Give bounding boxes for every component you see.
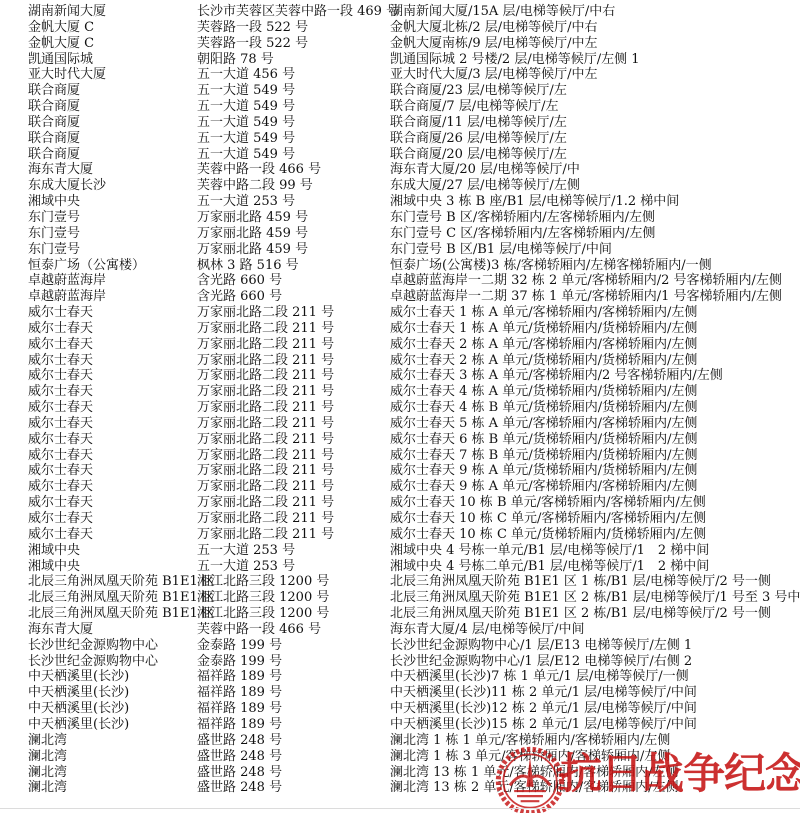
building-table: 湖南新闻大厦长沙市芙蓉区芙蓉中路一段 469 号湖南新闻大厦/15A 层/电梯等… [0,4,800,796]
location-detail-cell: 威尔士春天 9 栋 A 单元/货梯轿厢内/货梯轿厢内/左侧 [390,463,800,479]
table-row: 海东青大厦芙蓉中路一段 466 号海东青大厦/4 层/电梯等候厅/中间 [0,622,800,638]
table-row: 湘域中央五一大道 253 号湘域中央 3 栋 B 座/B1 层/电梯等候厅/1.… [0,194,800,210]
address-cell: 福祥路 189 号 [197,717,390,733]
building-name-cell: 长沙世纪金源购物中心 [28,638,197,654]
building-name-cell: 联合商厦 [28,115,197,131]
location-detail-cell: 长沙世纪金源购物中心/1 层/E12 电梯等候厅/右侧 2 [390,654,800,670]
table-row: 澜北湾盛世路 248 号澜北湾 1 栋 1 单元/客梯轿厢内/客梯轿厢内/左侧 [0,733,800,749]
table-row: 联合商厦五一大道 549 号联合商厦/26 层/电梯等候厅/左 [0,131,800,147]
location-detail-cell: 东门壹号 B 区/B1 层/电梯等候厅/中间 [390,242,800,258]
address-cell: 五一大道 253 号 [197,543,390,559]
address-cell: 万家丽北路二段 211 号 [197,495,390,511]
address-cell: 万家丽北路二段 211 号 [197,400,390,416]
building-name-cell: 威尔士春天 [28,432,197,448]
location-detail-cell: 威尔士春天 1 栋 A 单元/客梯轿厢内/客梯轿厢内/左侧 [390,305,800,321]
building-name-cell: 湖南新闻大厦 [28,4,197,20]
address-cell: 万家丽北路二段 211 号 [197,479,390,495]
location-detail-cell: 联合商厦/7 层/电梯等候厅/左 [390,99,800,115]
building-name-cell: 威尔士春天 [28,448,197,464]
address-cell: 五一大道 456 号 [197,67,390,83]
address-cell: 芙蓉中路一段 466 号 [197,622,390,638]
building-name-cell: 威尔士春天 [28,384,197,400]
location-detail-cell: 北辰三角洲凤凰天阶苑 B1E1 区 2 栋/B1 层/电梯等候厅/1 号至 3 … [390,590,800,606]
location-detail-cell: 湘域中央 4 号栋二单元/B1 层/电梯等候厅/1 2 梯中间 [390,559,800,575]
table-row: 金帆大厦 C芙蓉路一段 522 号金帆大厦南栋/9 层/电梯等候厅/中左 [0,36,800,52]
address-cell: 盛世路 248 号 [197,780,390,796]
table-row: 威尔士春天万家丽北路二段 211 号威尔士春天 10 栋 B 单元/客梯轿厢内/… [0,495,800,511]
location-detail-cell: 金帆大厦北栋/2 层/电梯等候厅/中右 [390,20,800,36]
table-row: 长沙世纪金源购物中心金泰路 199 号长沙世纪金源购物中心/1 层/E12 电梯… [0,654,800,670]
building-name-cell: 卓越蔚蓝海岸 [28,273,197,289]
building-name-cell: 威尔士春天 [28,527,197,543]
building-name-cell: 联合商厦 [28,83,197,99]
table-row: 威尔士春天万家丽北路二段 211 号威尔士春天 7 栋 B 单元/货梯轿厢内/货… [0,448,800,464]
bottom-divider [0,808,800,809]
table-row: 东门壹号万家丽北路 459 号东门壹号 B 区/客梯轿厢内/左客梯轿厢内/左侧 [0,210,800,226]
building-name-cell: 威尔士春天 [28,511,197,527]
location-detail-cell: 中天栖溪里(长沙)11 栋 2 单元/1 层/电梯等候厅/中间 [390,685,800,701]
location-detail-cell: 威尔士春天 10 栋 B 单元/客梯轿厢内/客梯轿厢内/左侧 [390,495,800,511]
table-row: 中天栖溪里(长沙)福祥路 189 号中天栖溪里(长沙)7 栋 1 单元/1 层/… [0,669,800,685]
address-cell: 盛世路 248 号 [197,733,390,749]
table-row: 联合商厦五一大道 549 号联合商厦/11 层/电梯等候厅/左 [0,115,800,131]
building-name-cell: 威尔士春天 [28,463,197,479]
address-cell: 金泰路 199 号 [197,654,390,670]
table-row: 威尔士春天万家丽北路二段 211 号威尔士春天 1 栋 A 单元/客梯轿厢内/客… [0,305,800,321]
address-cell: 万家丽北路二段 211 号 [197,511,390,527]
address-cell: 五一大道 549 号 [197,115,390,131]
building-name-cell: 威尔士春天 [28,321,197,337]
address-cell: 五一大道 253 号 [197,559,390,575]
table-row: 北辰三角洲凤凰天阶苑 B1E1 区湘江北路三段 1200 号北辰三角洲凤凰天阶苑… [0,574,800,590]
address-cell: 万家丽北路 459 号 [197,242,390,258]
location-detail-cell: 威尔士春天 3 栋 A 单元/客梯轿厢内/2 号客梯轿厢内/左侧 [390,368,800,384]
location-detail-cell: 湘域中央 3 栋 B 座/B1 层/电梯等候厅/1.2 梯中间 [390,194,800,210]
table-row: 中天栖溪里(长沙)福祥路 189 号中天栖溪里(长沙)12 栋 2 单元/1 层… [0,701,800,717]
building-name-cell: 威尔士春天 [28,337,197,353]
address-cell: 朝阳路 78 号 [197,52,390,68]
building-name-cell: 威尔士春天 [28,416,197,432]
location-detail-cell: 威尔士春天 1 栋 A 单元/货梯轿厢内/货梯轿厢内/左侧 [390,321,800,337]
building-name-cell: 海东青大厦 [28,622,197,638]
address-cell: 万家丽北路二段 211 号 [197,384,390,400]
address-cell: 金泰路 199 号 [197,638,390,654]
location-detail-cell: 湖南新闻大厦/15A 层/电梯等候厅/中右 [390,4,800,20]
building-name-cell: 澜北湾 [28,765,197,781]
table-row: 湘域中央五一大道 253 号湘域中央 4 号栋二单元/B1 层/电梯等候厅/1 … [0,559,800,575]
table-row: 凯通国际城朝阳路 78 号凯通国际城 2 号楼/2 层/电梯等候厅/左侧 1 [0,52,800,68]
address-cell: 湘江北路三段 1200 号 [197,574,390,590]
location-detail-cell: 北辰三角洲凤凰天阶苑 B1E1 区 2 栋/B1 层/电梯等候厅/2 号一侧 [390,606,800,622]
address-cell: 枫林 3 路 516 号 [197,258,390,274]
address-cell: 万家丽北路 459 号 [197,226,390,242]
location-detail-cell: 澜北湾 1 栋 1 单元/客梯轿厢内/客梯轿厢内/左侧 [390,733,800,749]
building-name-cell: 湘域中央 [28,543,197,559]
table-row: 东成大厦长沙芙蓉中路二段 99 号东成大厦/27 层/电梯等候厅/左侧 [0,178,800,194]
address-cell: 五一大道 549 号 [197,99,390,115]
location-detail-cell: 亚大时代大厦/3 层/电梯等候厅/中左 [390,67,800,83]
table-row: 恒泰广场（公寓楼）枫林 3 路 516 号恒泰广场(公寓楼)3 栋/客梯轿厢内/… [0,258,800,274]
table-row: 湘域中央五一大道 253 号湘域中央 4 号栋一单元/B1 层/电梯等候厅/1 … [0,543,800,559]
address-cell: 万家丽北路 459 号 [197,210,390,226]
location-detail-cell: 威尔士春天 4 栋 B 单元/货梯轿厢内/货梯轿厢内/左侧 [390,400,800,416]
location-detail-cell: 东门壹号 B 区/客梯轿厢内/左客梯轿厢内/左侧 [390,210,800,226]
building-name-cell: 威尔士春天 [28,495,197,511]
address-cell: 盛世路 248 号 [197,749,390,765]
table-row: 威尔士春天万家丽北路二段 211 号威尔士春天 3 栋 A 单元/客梯轿厢内/2… [0,368,800,384]
table-row: 联合商厦五一大道 549 号联合商厦/7 层/电梯等候厅/左 [0,99,800,115]
address-cell: 湘江北路三段 1200 号 [197,606,390,622]
location-detail-cell: 澜北湾 13 栋 2 单元/客梯轿厢内/客梯轿厢内/左侧 [390,780,800,796]
address-cell: 福祥路 189 号 [197,701,390,717]
address-cell: 盛世路 248 号 [197,765,390,781]
building-name-cell: 亚大时代大厦 [28,67,197,83]
location-detail-cell: 威尔士春天 2 栋 A 单元/客梯轿厢内/客梯轿厢内/左侧 [390,337,800,353]
location-detail-cell: 金帆大厦南栋/9 层/电梯等候厅/中左 [390,36,800,52]
building-name-cell: 威尔士春天 [28,479,197,495]
table-row: 威尔士春天万家丽北路二段 211 号威尔士春天 5 栋 A 单元/客梯轿厢内/客… [0,416,800,432]
building-name-cell: 金帆大厦 C [28,36,197,52]
table-row: 东门壹号万家丽北路 459 号东门壹号 C 区/客梯轿厢内/左客梯轿厢内/左侧 [0,226,800,242]
table-row: 威尔士春天万家丽北路二段 211 号威尔士春天 2 栋 A 单元/货梯轿厢内/货… [0,353,800,369]
location-detail-cell: 北辰三角洲凤凰天阶苑 B1E1 区 1 栋/B1 层/电梯等候厅/2 号一侧 [390,574,800,590]
address-cell: 福祥路 189 号 [197,685,390,701]
building-name-cell: 东成大厦长沙 [28,178,197,194]
building-name-cell: 北辰三角洲凤凰天阶苑 B1E1 区 [28,574,197,590]
address-cell: 万家丽北路二段 211 号 [197,337,390,353]
address-cell: 万家丽北路二段 211 号 [197,416,390,432]
address-cell: 万家丽北路二段 211 号 [197,448,390,464]
table-row: 北辰三角洲凤凰天阶苑 B1E1 区湘江北路三段 1200 号北辰三角洲凤凰天阶苑… [0,606,800,622]
location-detail-cell: 东成大厦/27 层/电梯等候厅/左侧 [390,178,800,194]
address-cell: 万家丽北路二段 211 号 [197,463,390,479]
table-row: 威尔士春天万家丽北路二段 211 号威尔士春天 10 栋 C 单元/客梯轿厢内/… [0,511,800,527]
building-name-cell: 联合商厦 [28,99,197,115]
location-detail-cell: 中天栖溪里(长沙)15 栋 2 单元/1 层/电梯等候厅/中间 [390,717,800,733]
address-cell: 万家丽北路二段 211 号 [197,432,390,448]
location-detail-cell: 联合商厦/26 层/电梯等候厅/左 [390,131,800,147]
address-cell: 五一大道 549 号 [197,83,390,99]
address-cell: 万家丽北路二段 211 号 [197,368,390,384]
location-detail-cell: 威尔士春天 7 栋 B 单元/货梯轿厢内/货梯轿厢内/左侧 [390,448,800,464]
table-row: 威尔士春天万家丽北路二段 211 号威尔士春天 4 栋 A 单元/货梯轿厢内/货… [0,384,800,400]
address-cell: 芙蓉中路二段 99 号 [197,178,390,194]
address-cell: 芙蓉中路一段 466 号 [197,162,390,178]
building-name-cell: 东门壹号 [28,226,197,242]
building-name-cell: 联合商厦 [28,147,197,163]
location-detail-cell: 湘域中央 4 号栋一单元/B1 层/电梯等候厅/1 2 梯中间 [390,543,800,559]
table-row: 威尔士春天万家丽北路二段 211 号威尔士春天 9 栋 A 单元/客梯轿厢内/客… [0,479,800,495]
location-detail-cell: 中天栖溪里(长沙)12 栋 2 单元/1 层/电梯等候厅/中间 [390,701,800,717]
address-cell: 含光路 660 号 [197,273,390,289]
address-cell: 含光路 660 号 [197,289,390,305]
building-name-cell: 东门壹号 [28,210,197,226]
location-detail-cell: 威尔士春天 9 栋 A 单元/客梯轿厢内/客梯轿厢内/左侧 [390,479,800,495]
building-name-cell: 威尔士春天 [28,305,197,321]
table-row: 中天栖溪里(长沙)福祥路 189 号中天栖溪里(长沙)15 栋 2 单元/1 层… [0,717,800,733]
location-detail-cell: 威尔士春天 10 栋 C 单元/货梯轿厢内/货梯轿厢内/左侧 [390,527,800,543]
table-row: 亚大时代大厦五一大道 456 号亚大时代大厦/3 层/电梯等候厅/中左 [0,67,800,83]
building-name-cell: 卓越蔚蓝海岸 [28,289,197,305]
address-cell: 长沙市芙蓉区芙蓉中路一段 469 号 [197,4,390,20]
table-row: 威尔士春天万家丽北路二段 211 号威尔士春天 2 栋 A 单元/客梯轿厢内/客… [0,337,800,353]
building-name-cell: 威尔士春天 [28,400,197,416]
building-name-cell: 威尔士春天 [28,368,197,384]
location-detail-cell: 威尔士春天 4 栋 A 单元/货梯轿厢内/货梯轿厢内/左侧 [390,384,800,400]
location-detail-cell: 中天栖溪里(长沙)7 栋 1 单元/1 层/电梯等候厅/一侧 [390,669,800,685]
table-row: 长沙世纪金源购物中心金泰路 199 号长沙世纪金源购物中心/1 层/E13 电梯… [0,638,800,654]
location-detail-cell: 澜北湾 13 栋 1 单元/客梯轿厢内/客梯轿厢内/左侧 [390,765,800,781]
building-name-cell: 凯通国际城 [28,52,197,68]
building-name-cell: 中天栖溪里(长沙) [28,717,197,733]
building-name-cell: 东门壹号 [28,242,197,258]
table-row: 卓越蔚蓝海岸含光路 660 号卓越蔚蓝海岸一二期 32 栋 2 单元/客梯轿厢内… [0,273,800,289]
location-detail-cell: 威尔士春天 6 栋 B 单元/货梯轿厢内/货梯轿厢内/左侧 [390,432,800,448]
building-name-cell: 湘域中央 [28,194,197,210]
address-cell: 万家丽北路二段 211 号 [197,321,390,337]
building-name-cell: 海东青大厦 [28,162,197,178]
table-row: 金帆大厦 C芙蓉路一段 522 号金帆大厦北栋/2 层/电梯等候厅/中右 [0,20,800,36]
table-row: 北辰三角洲凤凰天阶苑 B1E1 区湘江北路三段 1200 号北辰三角洲凤凰天阶苑… [0,590,800,606]
building-name-cell: 湘域中央 [28,559,197,575]
table-row: 威尔士春天万家丽北路二段 211 号威尔士春天 10 栋 C 单元/货梯轿厢内/… [0,527,800,543]
location-detail-cell: 联合商厦/23 层/电梯等候厅/左 [390,83,800,99]
address-cell: 五一大道 549 号 [197,131,390,147]
location-detail-cell: 长沙世纪金源购物中心/1 层/E13 电梯等候厅/左侧 1 [390,638,800,654]
location-detail-cell: 东门壹号 C 区/客梯轿厢内/左客梯轿厢内/左侧 [390,226,800,242]
location-detail-cell: 威尔士春天 5 栋 A 单元/客梯轿厢内/客梯轿厢内/左侧 [390,416,800,432]
location-detail-cell: 恒泰广场(公寓楼)3 栋/客梯轿厢内/左梯客梯轿厢内/一侧 [390,258,800,274]
building-name-cell: 威尔士春天 [28,353,197,369]
address-cell: 芙蓉路一段 522 号 [197,20,390,36]
building-name-cell: 联合商厦 [28,131,197,147]
address-cell: 五一大道 549 号 [197,147,390,163]
location-detail-cell: 联合商厦/20 层/电梯等候厅/左 [390,147,800,163]
table-row: 威尔士春天万家丽北路二段 211 号威尔士春天 6 栋 B 单元/货梯轿厢内/货… [0,432,800,448]
building-name-cell: 中天栖溪里(长沙) [28,669,197,685]
building-name-cell: 中天栖溪里(长沙) [28,685,197,701]
location-detail-cell: 威尔士春天 2 栋 A 单元/货梯轿厢内/货梯轿厢内/左侧 [390,353,800,369]
address-cell: 湘江北路三段 1200 号 [197,590,390,606]
building-name-cell: 澜北湾 [28,749,197,765]
table-row: 澜北湾盛世路 248 号澜北湾 13 栋 1 单元/客梯轿厢内/客梯轿厢内/左侧 [0,765,800,781]
location-detail-cell: 威尔士春天 10 栋 C 单元/客梯轿厢内/客梯轿厢内/左侧 [390,511,800,527]
building-name-cell: 金帆大厦 C [28,20,197,36]
location-detail-cell: 澜北湾 1 栋 3 单元/客梯轿厢内/客梯轿厢内/左侧 [390,749,800,765]
building-name-cell: 北辰三角洲凤凰天阶苑 B1E1 区 [28,590,197,606]
location-detail-cell: 联合商厦/11 层/电梯等候厅/左 [390,115,800,131]
table-row: 卓越蔚蓝海岸含光路 660 号卓越蔚蓝海岸一二期 37 栋 1 单元/客梯轿厢内… [0,289,800,305]
table-row: 联合商厦五一大道 549 号联合商厦/23 层/电梯等候厅/左 [0,83,800,99]
building-name-cell: 澜北湾 [28,780,197,796]
building-name-cell: 中天栖溪里(长沙) [28,701,197,717]
address-cell: 芙蓉路一段 522 号 [197,36,390,52]
address-cell: 万家丽北路二段 211 号 [197,353,390,369]
address-cell: 福祥路 189 号 [197,669,390,685]
table-row: 澜北湾盛世路 248 号澜北湾 1 栋 3 单元/客梯轿厢内/客梯轿厢内/左侧 [0,749,800,765]
table-row: 澜北湾盛世路 248 号澜北湾 13 栋 2 单元/客梯轿厢内/客梯轿厢内/左侧 [0,780,800,796]
location-detail-cell: 海东青大厦/4 层/电梯等候厅/中间 [390,622,800,638]
table-row: 威尔士春天万家丽北路二段 211 号威尔士春天 9 栋 A 单元/货梯轿厢内/货… [0,463,800,479]
table-row: 东门壹号万家丽北路 459 号东门壹号 B 区/B1 层/电梯等候厅/中间 [0,242,800,258]
table-row: 中天栖溪里(长沙)福祥路 189 号中天栖溪里(长沙)11 栋 2 单元/1 层… [0,685,800,701]
table-row: 湖南新闻大厦长沙市芙蓉区芙蓉中路一段 469 号湖南新闻大厦/15A 层/电梯等… [0,4,800,20]
location-detail-cell: 海东青大厦/20 层/电梯等候厅/中 [390,162,800,178]
address-cell: 万家丽北路二段 211 号 [197,305,390,321]
location-detail-cell: 凯通国际城 2 号楼/2 层/电梯等候厅/左侧 1 [390,52,800,68]
building-name-cell: 北辰三角洲凤凰天阶苑 B1E1 区 [28,606,197,622]
address-cell: 五一大道 253 号 [197,194,390,210]
table-row: 海东青大厦芙蓉中路一段 466 号海东青大厦/20 层/电梯等候厅/中 [0,162,800,178]
address-cell: 万家丽北路二段 211 号 [197,527,390,543]
table-row: 联合商厦五一大道 549 号联合商厦/20 层/电梯等候厅/左 [0,147,800,163]
building-name-cell: 长沙世纪金源购物中心 [28,654,197,670]
location-detail-cell: 卓越蔚蓝海岸一二期 37 栋 1 单元/客梯轿厢内/1 号客梯轿厢内/左侧 [390,289,800,305]
table-row: 威尔士春天万家丽北路二段 211 号威尔士春天 4 栋 B 单元/货梯轿厢内/货… [0,400,800,416]
location-detail-cell: 卓越蔚蓝海岸一二期 32 栋 2 单元/客梯轿厢内/2 号客梯轿厢内/左侧 [390,273,800,289]
building-name-cell: 澜北湾 [28,733,197,749]
table-row: 威尔士春天万家丽北路二段 211 号威尔士春天 1 栋 A 单元/货梯轿厢内/货… [0,321,800,337]
building-name-cell: 恒泰广场（公寓楼） [28,258,197,274]
